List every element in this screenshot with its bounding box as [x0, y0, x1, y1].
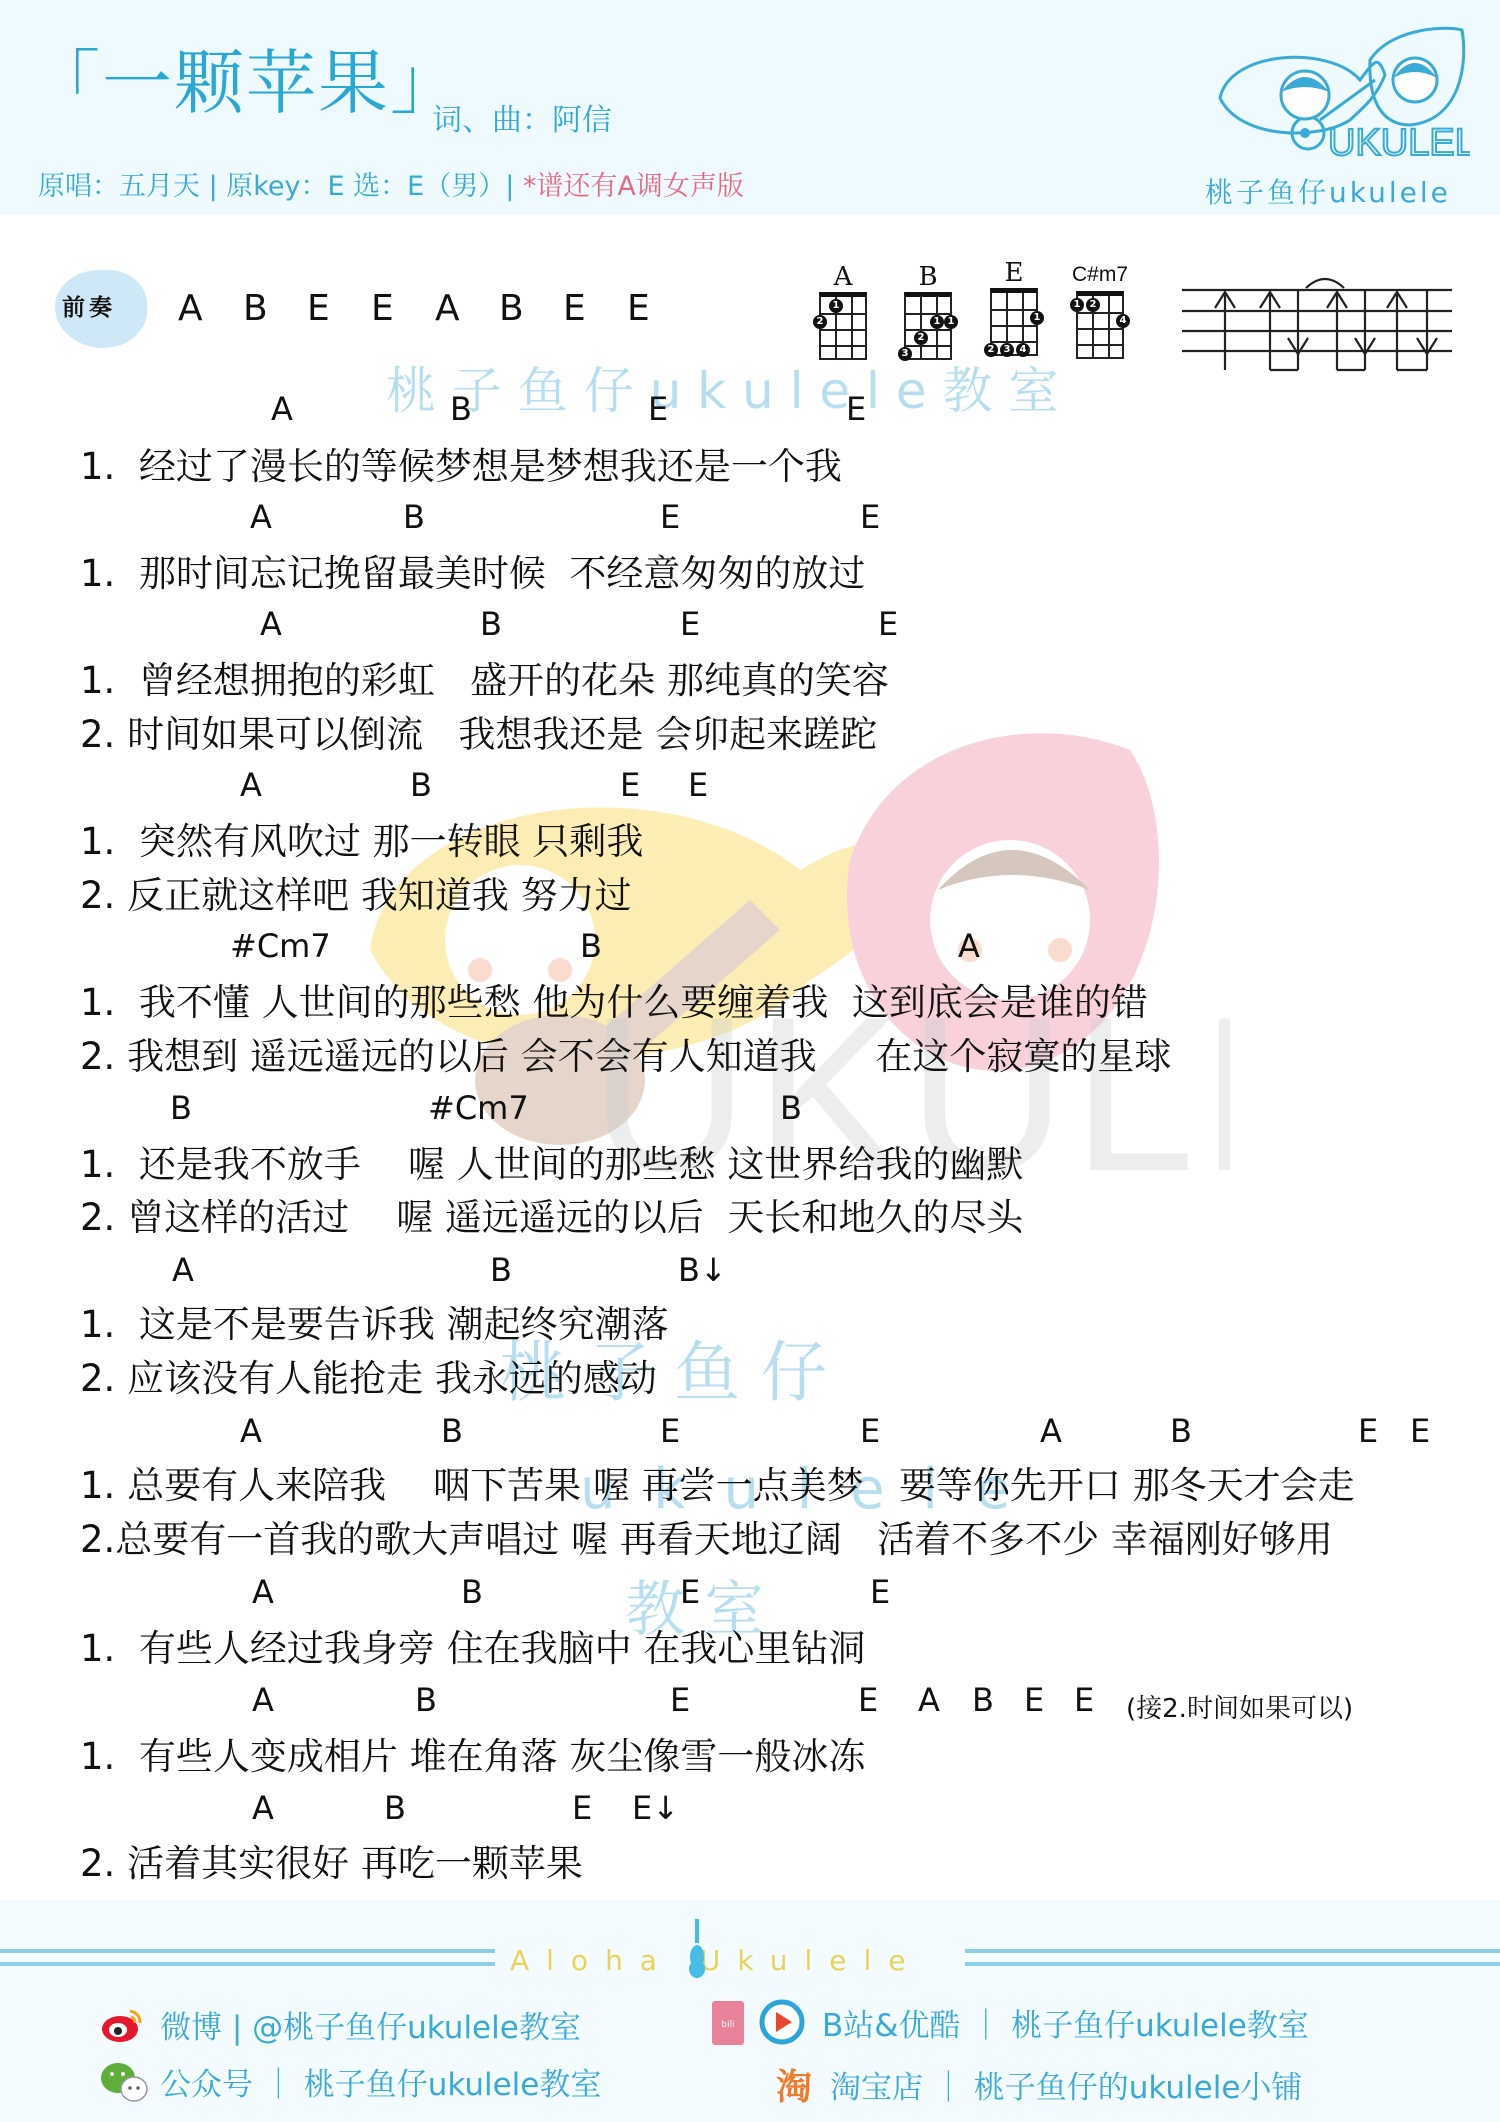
chord-diagram-a: A 1 2	[815, 262, 871, 360]
lyric-line: 2. 反正就这样吧 我知道我 努力过	[80, 877, 632, 914]
finger-dot: 4	[1016, 343, 1030, 357]
chord-label: B	[403, 501, 425, 533]
song-meta-text: 原唱：五月天 | 原key：E 选：E（男）|	[38, 171, 523, 202]
chord-label: A	[240, 1415, 262, 1447]
chord-diagram-name: C#m7	[1072, 263, 1128, 287]
lyric-line: 1. 这是不是要告诉我 潮起终究潮落	[80, 1306, 669, 1343]
lyric-line: 2.总要有一首我的歌大声唱过 喔 再看天地辽阔 活着不多不少 幸福刚好够用	[80, 1521, 1333, 1558]
chord-label: E↓	[632, 1792, 679, 1824]
brand-logo-icon: UKULELE	[1200, 20, 1470, 170]
footer-link-text: 公众号 ｜ 桃子鱼仔ukulele教室	[160, 2059, 601, 2104]
chord-label: E	[660, 501, 680, 533]
chord-label: B	[490, 1254, 512, 1286]
chord-label: A	[918, 1684, 940, 1716]
chord-label: #Cm7	[428, 1092, 529, 1124]
song-credit: 词、曲：阿信	[432, 95, 612, 139]
chord-diagram-name: A	[815, 262, 871, 292]
chord-label: E	[1358, 1415, 1378, 1447]
chord-label: A	[252, 1792, 274, 1824]
chord-label: A	[1040, 1415, 1062, 1447]
song-title: 「一颗苹果」	[30, 48, 462, 118]
intro-chord: A	[435, 288, 460, 329]
footer-divider	[965, 1949, 1500, 1953]
footer-divider	[965, 1962, 1500, 1966]
fretboard-grid: 1 2 4	[1076, 291, 1124, 359]
lyric-line: 1. 总要有人来陪我 咽下苦果 喔 再尝一点美梦 要等你先开口 那冬天才会走	[80, 1467, 1355, 1504]
chord-label: B	[972, 1684, 994, 1716]
chord-label: B	[450, 393, 472, 425]
chord-diagram-csharpm7: C#m7 1 2 4	[1072, 263, 1128, 359]
chord-label: E	[648, 393, 668, 425]
chord-label: B	[410, 769, 432, 801]
lyric-line: 1. 我不懂 人世间的那些愁 他为什么要缠着我 这到底会是谁的错	[80, 984, 1148, 1021]
lyric-line: 1. 有些人经过我身旁 住在我脑中 在我心里钻洞	[80, 1630, 865, 1667]
fretboard-grid: 1 2	[819, 292, 867, 360]
chord-label: B	[580, 930, 602, 962]
footer-link-text: 淘宝店 ｜ 桃子鱼仔的ukulele小铺	[830, 2062, 1302, 2107]
chord-label: E	[670, 1684, 690, 1716]
chord-label: B	[1170, 1415, 1192, 1447]
weibo-icon	[100, 2005, 144, 2045]
chord-label: B	[170, 1092, 192, 1124]
chord-label: E	[878, 608, 898, 640]
ukulele-icon	[688, 1919, 706, 1979]
chord-diagram-e: E 1 2 3 4	[986, 258, 1042, 356]
chord-label: A	[240, 769, 262, 801]
lyric-line: 1. 有些人变成相片 堆在角落 灰尘像雪一般冰冻	[80, 1738, 865, 1775]
finger-dot: 1	[1030, 311, 1044, 325]
lyric-line: 2. 我想到 遥远遥远的以后 会不会有人知道我 在这个寂寞的星球	[80, 1038, 1171, 1075]
chord-label: A	[252, 1684, 274, 1716]
chord-label: B	[441, 1415, 463, 1447]
chord-diagram-name: B	[900, 262, 956, 292]
intro-chord: E	[371, 288, 394, 329]
bilibili-youku-icon: bili	[712, 1997, 812, 2047]
chord-label: A	[260, 608, 282, 640]
chord-label: B	[384, 1792, 406, 1824]
chord-label: E	[858, 1684, 878, 1716]
finger-dot: 4	[1116, 314, 1130, 328]
strum-pattern-icon	[1180, 270, 1460, 380]
footer-link-bilibili-youku[interactable]: bili B站&优酷 ｜ 桃子鱼仔ukulele教室	[712, 1997, 1309, 2047]
footer-divider	[0, 1962, 495, 1966]
footer-link-text: B站&优酷 ｜ 桃子鱼仔ukulele教室	[822, 2000, 1309, 2045]
lyric-line: 1. 突然有风吹过 那一转眼 只剩我	[80, 823, 643, 860]
taobao-icon: 淘	[776, 2059, 812, 2110]
intro-chord: B	[243, 288, 268, 329]
chord-label: B↓	[678, 1254, 727, 1286]
footer-title: Aloha Ukulele	[510, 1944, 922, 1977]
chord-label: E	[688, 769, 708, 801]
finger-dot: 2	[914, 331, 928, 345]
wechat-icon	[100, 2060, 150, 2104]
chord-label: E	[680, 1576, 700, 1608]
finger-dot: 2	[984, 343, 998, 357]
lyric-line: 2. 应该没有人能抢走 我永远的感动	[80, 1360, 657, 1397]
footer-link-wechat[interactable]: 公众号 ｜ 桃子鱼仔ukulele教室	[100, 2059, 601, 2104]
lyric-line: 1. 曾经想拥抱的彩虹 盛开的花朵 那纯真的笑容	[80, 662, 889, 699]
jump-note: (接2.时间如果可以)	[1126, 1688, 1353, 1725]
chord-label: B	[480, 608, 502, 640]
chord-label: E	[572, 1792, 592, 1824]
intro-label: 前奏	[62, 289, 116, 322]
chord-label: B	[780, 1092, 802, 1124]
lyric-line: 1. 那时间忘记挽留最美时候 不经意匆匆的放过	[80, 555, 865, 592]
svg-text:bili: bili	[721, 2020, 734, 2030]
chord-label: E	[860, 501, 880, 533]
finger-dot: 2	[1086, 298, 1100, 312]
chord-label: E	[620, 769, 640, 801]
lyric-line: 2. 活着其实很好 再吃一颗苹果	[80, 1845, 583, 1882]
lyric-line: 2. 曾这样的活过 喔 遥远遥远的以后 天长和地久的尽头	[80, 1199, 1023, 1236]
footer-link-weibo[interactable]: 微博 | @桃子鱼仔ukulele教室	[100, 2002, 581, 2047]
chord-label: #Cm7	[230, 930, 331, 962]
chord-label: B	[415, 1684, 437, 1716]
chord-label: E	[846, 393, 866, 425]
intro-chord: E	[563, 288, 586, 329]
watermark-top: 桃 子 鱼 仔 u k u l e l e 教 室	[386, 366, 1058, 416]
chord-diagram-name: E	[986, 258, 1042, 288]
chord-label: E	[1410, 1415, 1430, 1447]
fretboard-grid: 1 1 2 3	[904, 292, 952, 360]
finger-dot: 3	[1000, 343, 1014, 357]
footer-divider	[0, 1949, 495, 1953]
intro-chord: E	[627, 288, 650, 329]
version-note: *谱还有A调女声版	[523, 171, 744, 202]
lyric-line: 2. 时间如果可以倒流 我想我还是 会卯起来蹉跎	[80, 716, 877, 753]
footer-link-taobao[interactable]: 淘 淘宝店 ｜ 桃子鱼仔的ukulele小铺	[776, 2059, 1302, 2110]
chord-label: E	[1024, 1684, 1044, 1716]
finger-dot: 3	[898, 347, 912, 361]
lyric-line: 1. 经过了漫长的等候梦想是梦想我还是一个我	[80, 448, 842, 485]
finger-dot: 2	[813, 315, 827, 329]
chord-label: B	[461, 1576, 483, 1608]
chord-label: E	[1074, 1684, 1094, 1716]
intro-chord: A	[178, 288, 203, 329]
chord-label: A	[172, 1254, 194, 1286]
brand-name: 桃子鱼仔ukulele	[1205, 171, 1451, 211]
finger-dot: 1	[829, 299, 843, 313]
chord-label: A	[250, 501, 272, 533]
finger-dot: 1	[930, 315, 944, 329]
chord-diagram-b: B 1 1 2 3	[900, 262, 956, 360]
chord-label: A	[252, 1576, 274, 1608]
footer-link-text: 微博 | @桃子鱼仔ukulele教室	[160, 2002, 581, 2047]
svg-text:UKULELE: UKULELE	[1328, 122, 1470, 164]
fretboard-grid: 1 2 3 4	[990, 288, 1038, 356]
chord-label: E	[860, 1415, 880, 1447]
chord-label: E	[660, 1415, 680, 1447]
chord-label: A	[271, 393, 293, 425]
chord-label: E	[680, 608, 700, 640]
song-meta: 原唱：五月天 | 原key：E 选：E（男）| *谱还有A调女声版	[38, 164, 744, 203]
chord-label: E	[870, 1576, 890, 1608]
chord-label: A	[958, 930, 980, 962]
intro-chord: E	[307, 288, 330, 329]
intro-chord: B	[499, 288, 524, 329]
lyric-line: 1. 还是我不放手 喔 人世间的那些愁 这世界给我的幽默	[80, 1146, 1023, 1183]
finger-dot: 1	[1070, 298, 1084, 312]
finger-dot: 1	[944, 315, 958, 329]
